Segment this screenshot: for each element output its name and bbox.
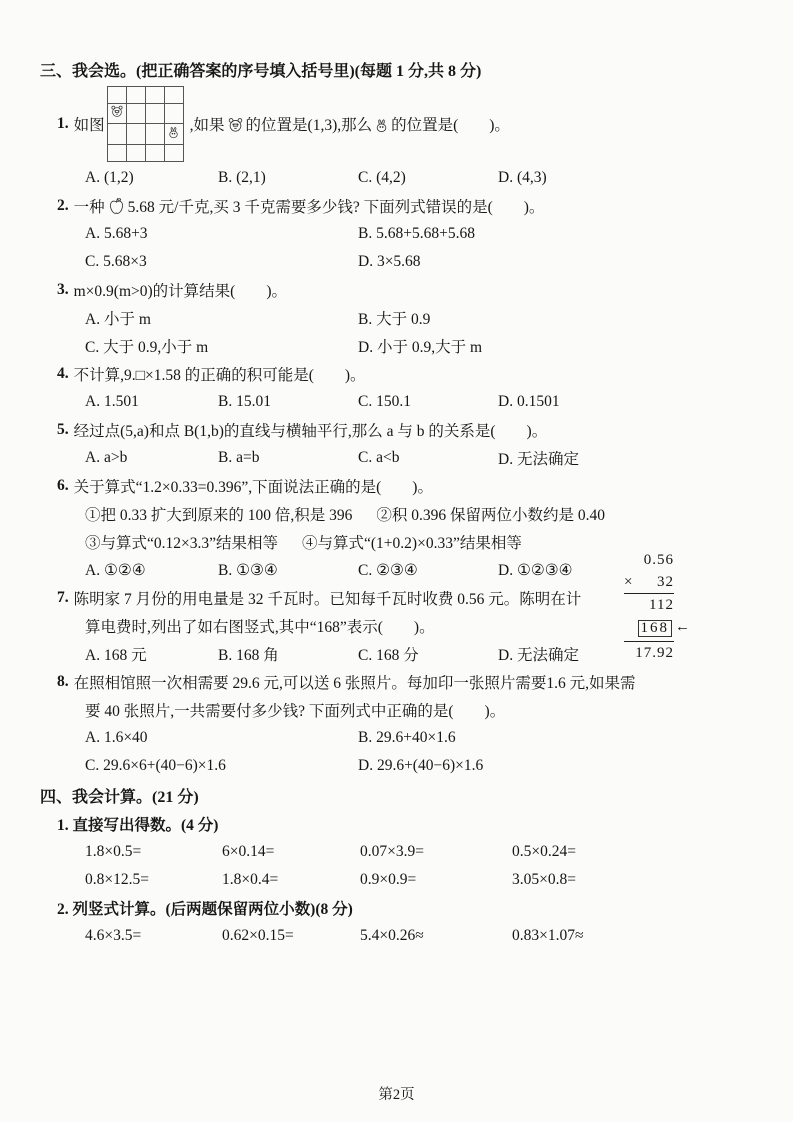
tiger-icon xyxy=(110,104,124,118)
option-a: A. a>b xyxy=(85,444,218,472)
option-a: A. 1.6×40 xyxy=(85,724,358,752)
calc-expression: 3.05×0.8= xyxy=(512,866,747,894)
question-1-options: A. (1,2) B. (2,1) C. (4,2) D. (4,3) xyxy=(85,164,747,192)
vm-operator-row: × 32 xyxy=(624,571,674,594)
calc-expression: 1.8×0.4= xyxy=(222,866,360,894)
option-c: C. 5.68×3 xyxy=(85,248,358,276)
mental-math-row-2: 0.8×12.5= 1.8×0.4= 0.9×0.9= 3.05×0.8= xyxy=(85,866,747,894)
question-1-line: 1.如图 ,如果的位置是(1,3),那么的位置是( )。 xyxy=(57,84,747,164)
calc-expression: 5.4×0.26≈ xyxy=(360,922,512,950)
coordinate-grid xyxy=(107,86,184,162)
rabbit-icon xyxy=(374,116,389,133)
option-b: B. 大于 0.9 xyxy=(358,304,747,332)
statement-4: ④与算式“(1+0.2)×0.33”结果相等 xyxy=(302,531,522,553)
question-6-line: 6.关于算式“1.2×0.33=0.396”,下面说法正确的是( )。 xyxy=(57,472,747,500)
option-c: C. 大于 0.9,小于 m xyxy=(85,332,358,360)
mental-math-row-1: 1.8×0.5= 6×0.14= 0.07×3.9= 0.5×0.24= xyxy=(85,838,747,866)
vertical-multiplication: 0.56 × 32 112 168 ← 17.92 xyxy=(624,549,674,664)
calc-expression: 6×0.14= xyxy=(222,838,360,866)
option-b: B. 168 角 xyxy=(218,640,358,668)
question-2-line: 2.一种5.68 元/千克,买 3 千克需要多少钱? 下面列式错误的是( )。 xyxy=(57,192,747,220)
option-a: A. 5.68+3 xyxy=(85,220,358,248)
question-2-text: 5.68 元/千克,买 3 千克需要多少钱? 下面列式错误的是( )。 xyxy=(128,195,545,217)
calc-expression: 4.6×3.5= xyxy=(85,922,222,950)
option-c: C. 29.6×6+(40−6)×1.6 xyxy=(85,752,358,780)
question-5-text: 经过点(5,a)和点 B(1,b)的直线与横轴平行,那么 a 与 b 的关系是(… xyxy=(74,419,548,441)
question-5-number: 5. xyxy=(57,421,69,439)
question-5-line: 5.经过点(5,a)和点 B(1,b)的直线与横轴平行,那么 a 与 b 的关系… xyxy=(57,416,747,444)
question-1-text-mid2: 的位置是(1,3),那么 xyxy=(246,113,373,135)
question-1-text-end: 的位置是( )。 xyxy=(391,113,510,135)
question-3-line: 3.m×0.9(m>0)的计算结果( )。 xyxy=(57,276,747,304)
statement-1: ①把 0.33 扩大到原来的 100 倍,积是 396 xyxy=(85,503,352,525)
left-arrow-icon: ← xyxy=(675,620,690,635)
question-2-number: 2. xyxy=(57,197,69,215)
option-b: B. a=b xyxy=(218,444,358,472)
option-d: D. 3×5.68 xyxy=(358,248,747,276)
statement-2: ②积 0.396 保留两位小数约是 0.40 xyxy=(376,503,605,525)
question-3-text: m×0.9(m>0)的计算结果( )。 xyxy=(74,279,287,301)
section-3-title: 三、我会选。(把正确答案的序号填入括号里)(每题 1 分,共 8 分) xyxy=(40,54,747,84)
question-7-text-line2: 算电费时,列出了如右图竖式,其中“168”表示( )。 xyxy=(85,615,435,637)
option-c: C. 168 分 xyxy=(358,640,498,668)
rabbit-icon xyxy=(167,124,180,139)
section-4-item-1: 1. 直接写出得数。(4 分) xyxy=(57,810,747,838)
calc-expression: 1.8×0.5= xyxy=(85,838,222,866)
option-d: D. (4,3) xyxy=(498,164,747,192)
calc-expression: 0.5×0.24= xyxy=(512,838,747,866)
vm-product: 17.92 xyxy=(624,642,674,664)
vm-multiplicand: 0.56 xyxy=(624,549,674,571)
question-2-text-pre: 一种 xyxy=(74,195,105,217)
question-4-line: 4.不计算,9.□×1.58 的正确的积可能是( )。 xyxy=(57,360,747,388)
question-8-options: A. 1.6×40 B. 29.6+40×1.6 C. 29.6×6+(40−6… xyxy=(85,724,747,780)
question-7-text-line1: 陈明家 7 月份的用电量是 32 千瓦时。已知每千瓦时收费 0.56 元。陈明在… xyxy=(74,587,582,609)
question-1-text-pre: 如图 xyxy=(74,113,105,135)
option-c: C. (4,2) xyxy=(358,164,498,192)
statement-3: ③与算式“0.12×3.3”结果相等 xyxy=(85,531,278,553)
calc-expression: 0.07×3.9= xyxy=(360,838,512,866)
question-1-text-mid1: ,如果 xyxy=(190,113,225,135)
option-c: C. a<b xyxy=(358,444,498,472)
apple-icon xyxy=(107,197,126,216)
section-4-title: 四、我会计算。(21 分) xyxy=(40,780,747,810)
option-a: A. (1,2) xyxy=(85,164,218,192)
vm-multiplier: 32 xyxy=(657,575,674,590)
option-d: D. 无法确定 xyxy=(498,444,747,472)
calc-expression: 0.62×0.15= xyxy=(222,922,360,950)
question-7-number: 7. xyxy=(57,589,69,607)
option-b: B. (2,1) xyxy=(218,164,358,192)
question-8-number: 8. xyxy=(57,673,69,691)
option-d: D. 0.1501 xyxy=(498,388,747,416)
question-3-options: A. 小于 m B. 大于 0.9 C. 大于 0.9,小于 m D. 小于 0… xyxy=(85,304,747,360)
option-b: B. 15.01 xyxy=(218,388,358,416)
option-c: C. 150.1 xyxy=(358,388,498,416)
calc-expression: 0.8×12.5= xyxy=(85,866,222,894)
vm-partial-2-boxed: 168 xyxy=(638,620,673,637)
option-b: B. ①③④ xyxy=(218,556,358,584)
option-a: A. 168 元 xyxy=(85,640,218,668)
question-8-text-line2: 要 40 张照片,一共需要付多少钱? 下面列式中正确的是( )。 xyxy=(85,699,505,721)
option-d: D. ①②③④ xyxy=(498,556,747,584)
question-8-line2: 要 40 张照片,一共需要付多少钱? 下面列式中正确的是( )。 xyxy=(85,696,747,724)
item-2-label: 2. 列竖式计算。(后两题保留两位小数)(8 分) xyxy=(57,897,353,919)
question-5-options: A. a>b B. a=b C. a<b D. 无法确定 xyxy=(85,444,747,472)
question-4-options: A. 1.501 B. 15.01 C. 150.1 D. 0.1501 xyxy=(85,388,747,416)
question-6-statements-1: ①把 0.33 扩大到原来的 100 倍,积是 396 ②积 0.396 保留两… xyxy=(85,500,747,528)
option-a: A. 1.501 xyxy=(85,388,218,416)
option-d: D. 29.6+(40−6)×1.6 xyxy=(358,752,747,780)
worksheet-page: 三、我会选。(把正确答案的序号填入括号里)(每题 1 分,共 8 分) 1.如图… xyxy=(0,0,793,1122)
option-b: B. 5.68+5.68+5.68 xyxy=(358,220,747,248)
question-8-text-line1: 在照相馆照一次相需要 29.6 元,可以送 6 张照片。每加印一张照片需要1.6… xyxy=(74,671,636,693)
calc-expression: 0.9×0.9= xyxy=(360,866,512,894)
item-1-label: 1. 直接写出得数。(4 分) xyxy=(57,813,218,835)
page-number: 第2页 xyxy=(0,1083,793,1104)
question-8-line1: 8.在照相馆照一次相需要 29.6 元,可以送 6 张照片。每加印一张照片需要1… xyxy=(57,668,747,696)
option-d: D. 无法确定 xyxy=(498,640,747,668)
calc-expression: 0.83×1.07≈ xyxy=(512,922,747,950)
option-b: B. 29.6+40×1.6 xyxy=(358,724,747,752)
question-4-number: 4. xyxy=(57,365,69,383)
question-6-text: 关于算式“1.2×0.33=0.396”,下面说法正确的是( )。 xyxy=(74,475,433,497)
option-c: C. ②③④ xyxy=(358,556,498,584)
multiply-sign: × xyxy=(624,575,633,590)
question-2-options: A. 5.68+3 B. 5.68+5.68+5.68 C. 5.68×3 D.… xyxy=(85,220,747,276)
question-3-number: 3. xyxy=(57,281,69,299)
option-d: D. 小于 0.9,大于 m xyxy=(358,332,747,360)
tiger-icon xyxy=(227,116,244,133)
question-6-number: 6. xyxy=(57,477,69,495)
section-4-item-2: 2. 列竖式计算。(后两题保留两位小数)(8 分) xyxy=(57,894,747,922)
column-calc-row: 4.6×3.5= 0.62×0.15= 5.4×0.26≈ 0.83×1.07≈ xyxy=(85,922,747,950)
vm-partial-2-row: 168 ← xyxy=(624,616,674,642)
question-4-text: 不计算,9.□×1.58 的正确的积可能是( )。 xyxy=(74,363,366,385)
vm-partial-1: 112 xyxy=(624,594,674,616)
option-a: A. 小于 m xyxy=(85,304,358,332)
option-a: A. ①②④ xyxy=(85,556,218,584)
question-1-number: 1. xyxy=(57,115,69,133)
